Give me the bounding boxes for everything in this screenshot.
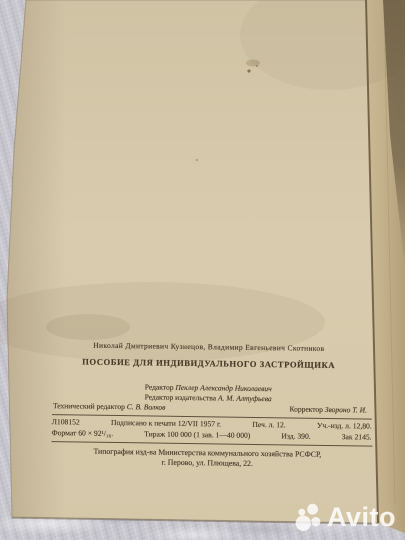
paper-stain-dot <box>247 69 250 72</box>
editor-name: Пеклер Александр Николаевич <box>175 383 272 393</box>
imprint-order: Зак 2145. <box>342 432 372 441</box>
authors-line: Николай Дмитриевич Кузнецов, Владимир Ев… <box>44 340 374 354</box>
colophon-text-block: Николай Дмитриевич Кузнецов, Владимир Ев… <box>42 337 374 472</box>
tech-editor-name: С. В. Волков <box>127 402 166 412</box>
editor-label: Редактор <box>145 382 174 391</box>
imprint-row-2: Формат 60 × 92¹/₁₆. Тираж 100 000 (1 зав… <box>52 428 372 441</box>
paper-stain <box>246 60 260 67</box>
paper-speck <box>196 159 198 161</box>
book-title: ПОСОБИЕ ДЛЯ ИНДИВИДУАЛЬНОГО ЗАСТРОЙЩИКА <box>44 356 374 371</box>
corrector-item: Корректор Звороно Т. И. <box>289 404 367 414</box>
corrector-name: Звороно Т. И. <box>325 405 367 415</box>
imprint-publisher-sheets: Уч.-изд. л. 12,80. <box>317 421 372 431</box>
imprint-print-run: Тираж 100 000 (1 зав. 1—40 000) <box>144 429 250 439</box>
imprint-signed-date: Подписано к печати 12/VII 1957 г. <box>111 418 221 429</box>
publisher-editor-label: Редактор издательства <box>145 392 217 402</box>
imprint-code: Л108152 <box>52 417 80 426</box>
book-page-photo: Николай Дмитриевич Кузнецов, Владимир Ев… <box>0 0 405 540</box>
tech-editor-label: Технический редактор <box>53 401 125 411</box>
avito-watermark-text: Avito <box>327 502 396 532</box>
avito-logo-icon <box>295 503 323 531</box>
tech-editor-item: Технический редактор С. В. Волков <box>53 401 166 412</box>
corrector-label: Корректор <box>289 404 323 413</box>
imprint-format: Формат 60 × 92¹/₁₆. <box>52 428 114 438</box>
imprint-printed-sheets: Печ. л. 12. <box>252 420 285 429</box>
page-shadow-smudge <box>46 314 130 340</box>
imprint-edition: Изд. 390. <box>281 431 310 440</box>
avito-watermark: Avito <box>295 502 396 532</box>
imprint-bottom-rule <box>52 441 373 446</box>
paper-stain-dot <box>256 65 258 67</box>
publisher-editor-name: А. М. Алтуфьева <box>218 393 272 403</box>
